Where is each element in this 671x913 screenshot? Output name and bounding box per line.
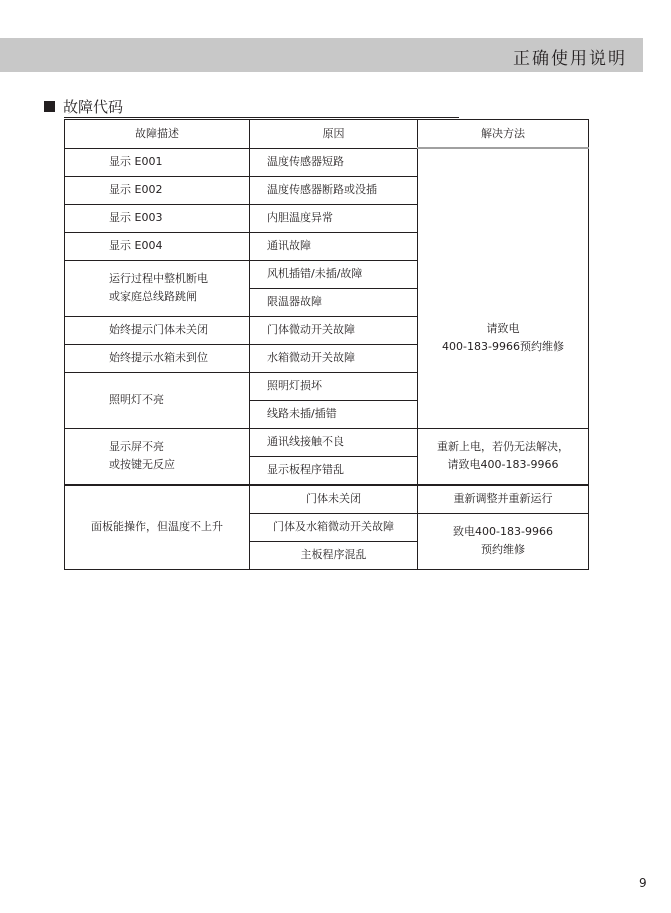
fault-description: 显示 E001 bbox=[65, 148, 250, 176]
fault-cause: 限温器故障 bbox=[250, 288, 418, 316]
section-rule bbox=[64, 117, 459, 118]
fault-description: 显示屏不亮 或按键无反应 bbox=[65, 428, 250, 485]
solution-call-service-2: 致电400-183-9966 预约维修 bbox=[418, 513, 589, 569]
fault-cause: 通讯故障 bbox=[250, 232, 418, 260]
fault-cause: 温度传感器断路或没插 bbox=[250, 176, 418, 204]
fault-cause: 线路未插/插错 bbox=[250, 400, 418, 428]
section-title: 故障代码 bbox=[63, 96, 123, 117]
fault-cause: 门体及水箱微动开关故障 bbox=[250, 513, 418, 541]
table-row: 显示 E001 温度传感器短路 请致电 400-183-9966预约维修 bbox=[65, 148, 589, 176]
solution-call-service: 请致电 400-183-9966预约维修 bbox=[418, 148, 589, 428]
fault-cause: 内胆温度异常 bbox=[250, 204, 418, 232]
fault-description: 显示 E003 bbox=[65, 204, 250, 232]
table-row: 显示屏不亮 或按键无反应 通讯线接触不良 重新上电，若仍无法解决， 请致电400… bbox=[65, 428, 589, 456]
fault-description: 照明灯不亮 bbox=[65, 372, 250, 428]
fault-cause: 显示板程序错乱 bbox=[250, 456, 418, 485]
fault-description: 面板能操作，但温度不上升 bbox=[65, 485, 250, 570]
header-title: 正确使用说明 bbox=[513, 44, 627, 69]
column-header-cause: 原因 bbox=[250, 120, 418, 149]
table-header-row: 故障描述 原因 解决方法 bbox=[65, 120, 589, 149]
header-band: 正确使用说明 bbox=[0, 38, 643, 72]
fault-cause: 门体微动开关故障 bbox=[250, 316, 418, 344]
fault-cause: 门体未关闭 bbox=[250, 485, 418, 514]
fault-description: 显示 E004 bbox=[65, 232, 250, 260]
fault-description: 显示 E002 bbox=[65, 176, 250, 204]
page-number: 9 bbox=[639, 876, 647, 890]
square-bullet-icon bbox=[44, 101, 55, 112]
fault-description: 始终提示门体未关闭 bbox=[65, 316, 250, 344]
fault-code-table: 故障描述 原因 解决方法 显示 E001 温度传感器短路 请致电 400-183… bbox=[64, 119, 589, 570]
table-row: 面板能操作，但温度不上升 门体未关闭 重新调整并重新运行 bbox=[65, 485, 589, 514]
section-heading: 故障代码 bbox=[44, 96, 123, 117]
solution-repower: 重新上电，若仍无法解决， 请致电400-183-9966 bbox=[418, 428, 589, 485]
solution-readjust: 重新调整并重新运行 bbox=[418, 485, 589, 514]
fault-cause: 主板程序混乱 bbox=[250, 541, 418, 569]
column-header-solution: 解决方法 bbox=[418, 120, 589, 149]
fault-description: 运行过程中整机断电 或家庭总线路跳闸 bbox=[65, 260, 250, 316]
fault-cause: 水箱微动开关故障 bbox=[250, 344, 418, 372]
fault-description: 始终提示水箱未到位 bbox=[65, 344, 250, 372]
fault-cause: 通讯线接触不良 bbox=[250, 428, 418, 456]
column-header-description: 故障描述 bbox=[65, 120, 250, 149]
fault-cause: 温度传感器短路 bbox=[250, 148, 418, 176]
fault-cause: 照明灯损坏 bbox=[250, 372, 418, 400]
fault-cause: 风机插错/未插/故障 bbox=[250, 260, 418, 288]
